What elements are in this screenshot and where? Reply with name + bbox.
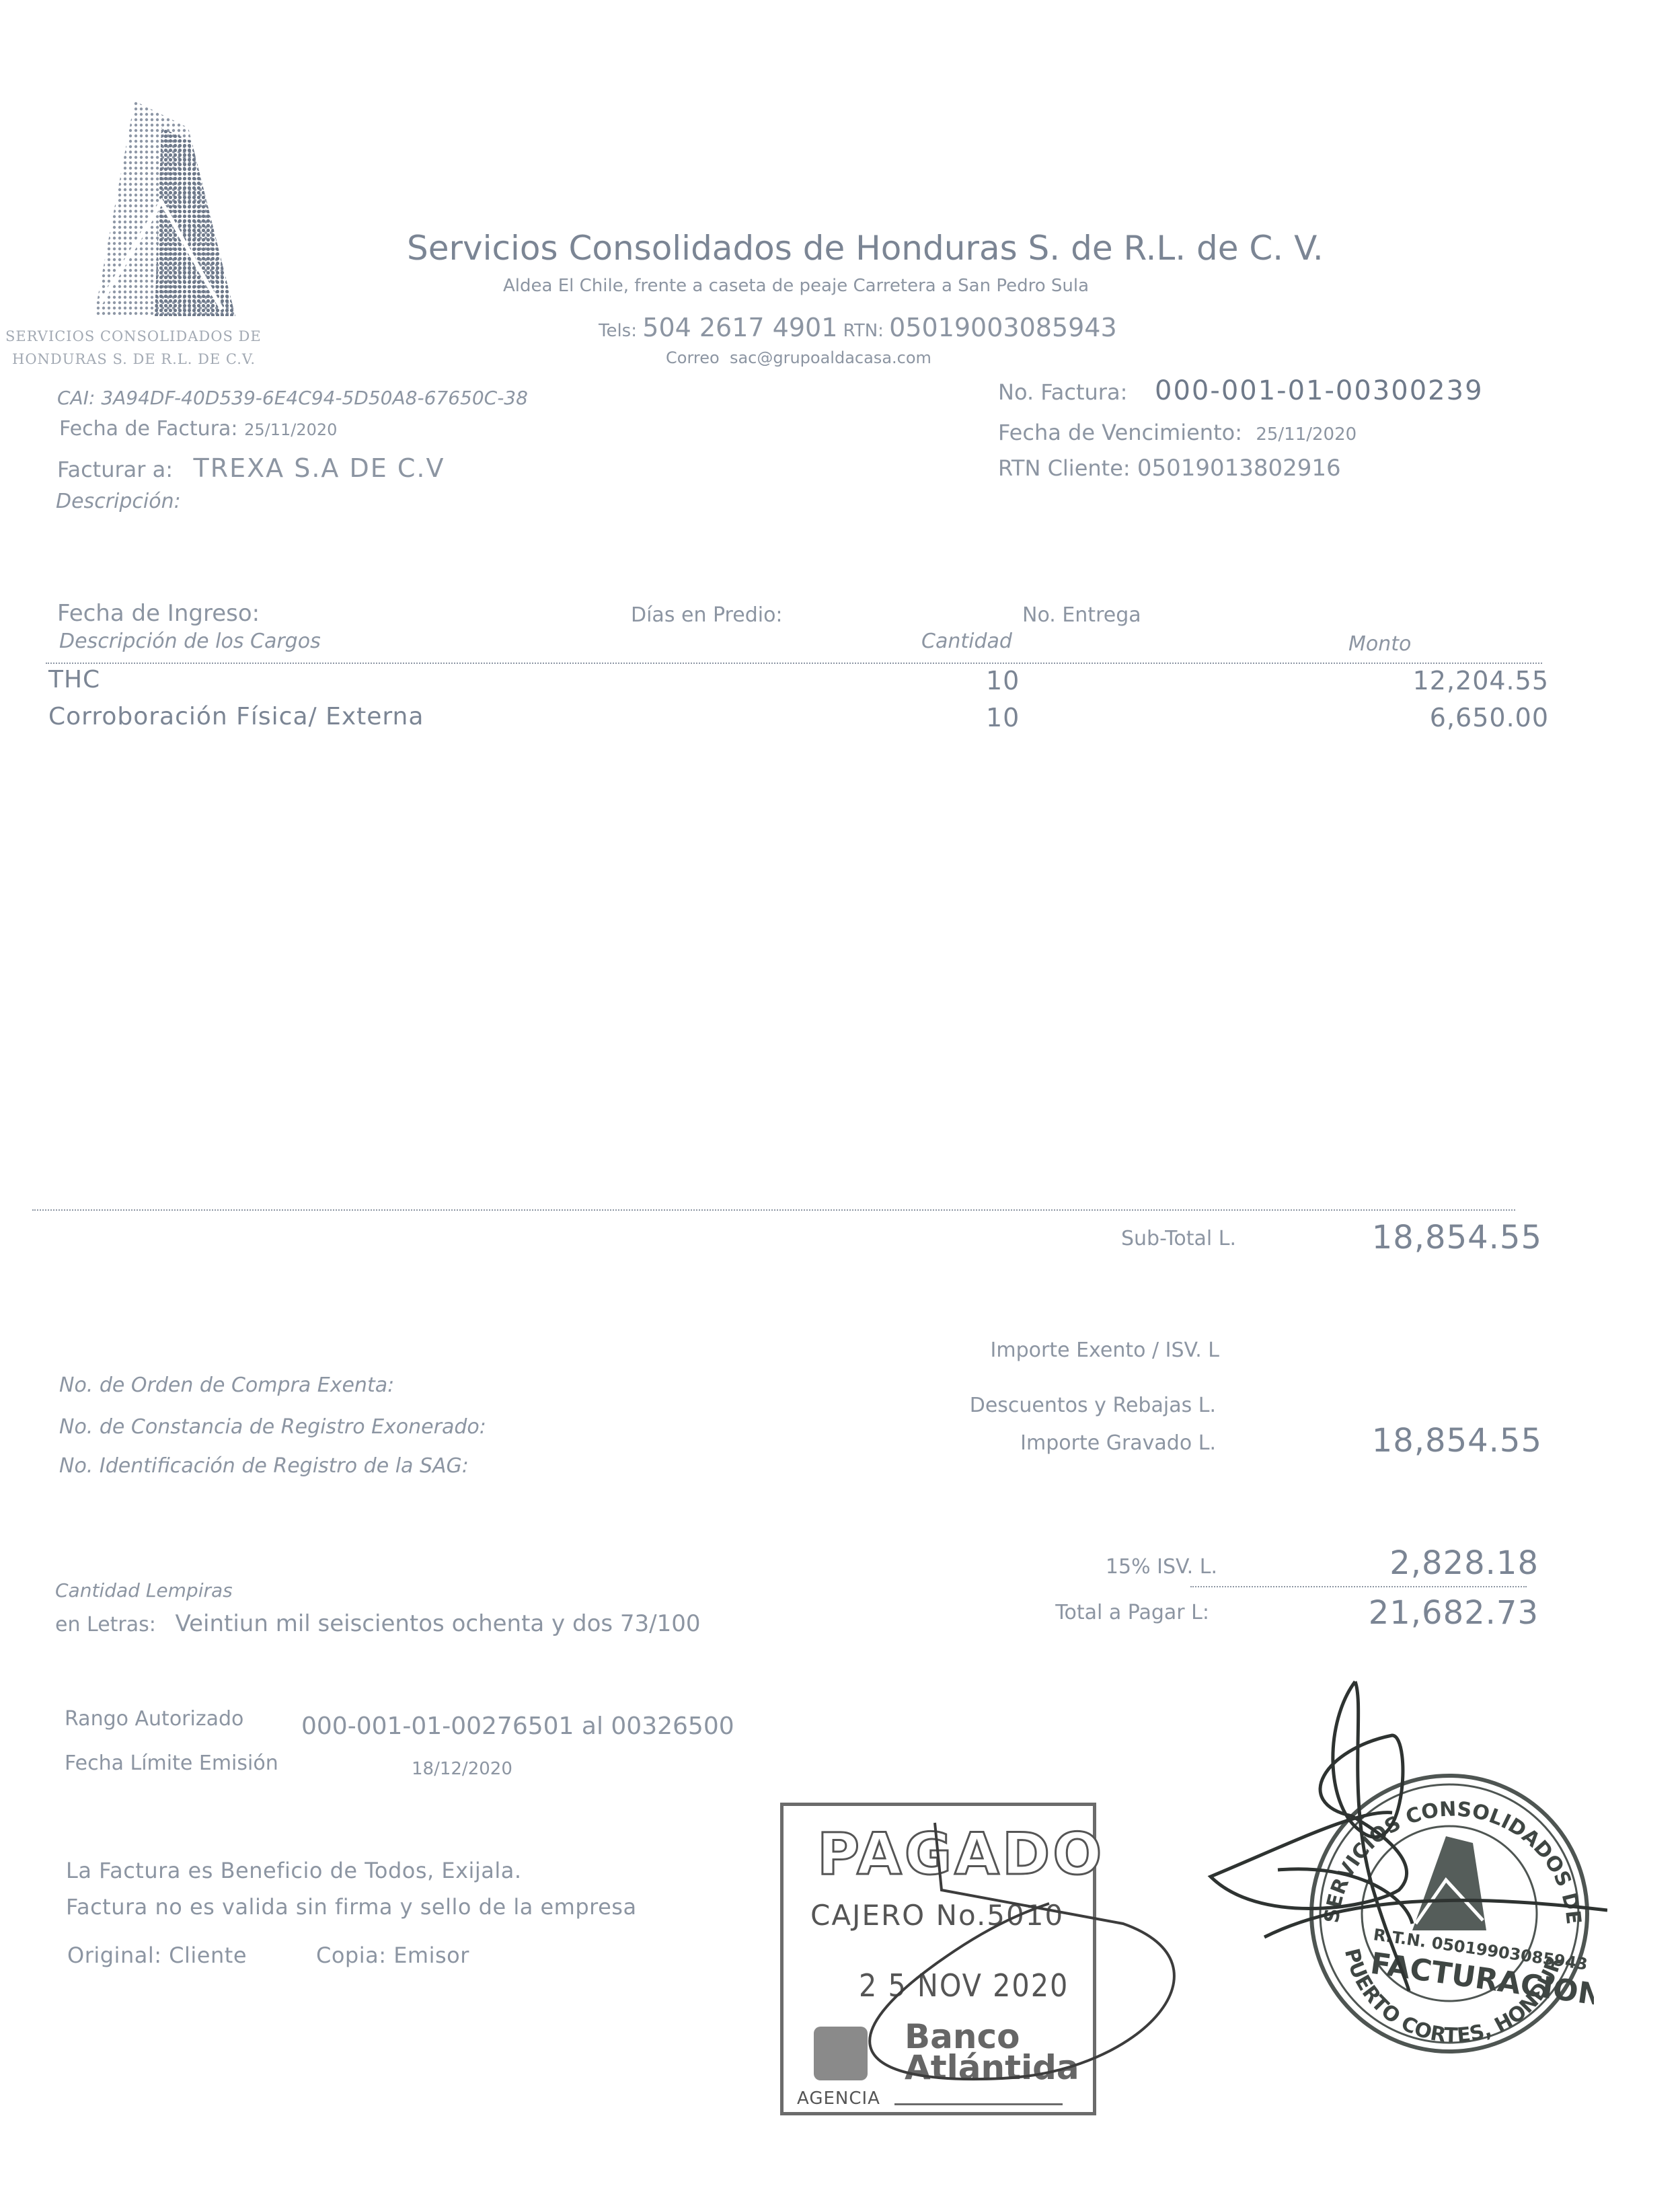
- constancia-label: No. de Constancia de Registro Exonerado:: [59, 1415, 486, 1439]
- letras-line: en Letras: Veintiun mil seiscientos oche…: [55, 1610, 701, 1637]
- fecha-limite-label: Fecha Límite Emisión: [65, 1751, 278, 1775]
- logo-caption-line2: HONDURAS S. DE R.L. DE C.V.: [12, 351, 256, 367]
- signature-icon: [1190, 1668, 1607, 2045]
- row-monto: 12,204.55: [1413, 666, 1549, 695]
- col-header-cantidad: Cantidad: [921, 630, 1012, 653]
- row-monto: 6,650.00: [1430, 703, 1549, 732]
- footer-line2: Factura no es valida sin firma y sello d…: [66, 1894, 637, 1920]
- rango-value: 000-001-01-00276501 al 00326500: [301, 1712, 734, 1740]
- total-divider: [1190, 1586, 1527, 1587]
- logo-caption-line1: SERVICIOS CONSOLIDADOS DE: [5, 328, 262, 344]
- paid-stamp-signature-icon: [807, 1789, 1184, 2099]
- rtn-cliente-value: 05019013802916: [1137, 455, 1341, 482]
- rtn-value: 05019003085943: [889, 313, 1116, 342]
- rtn-cliente-line: RTN Cliente: 05019013802916: [998, 455, 1341, 482]
- row-cantidad: 10: [986, 703, 1020, 732]
- subtotal-value: 18,854.55: [1372, 1219, 1542, 1256]
- importe-gravado-value: 18,854.55: [1372, 1422, 1542, 1460]
- facturar-a-value: TREXA S.A DE C.V: [194, 453, 445, 483]
- isv-value: 2,828.18: [1389, 1544, 1539, 1582]
- letras-label1: Cantidad Lempiras: [55, 1579, 233, 1601]
- items-footer-divider: [32, 1209, 1515, 1211]
- facturar-a-label: Facturar a:: [57, 457, 173, 482]
- no-factura-value: 000-001-01-00300239: [1155, 375, 1484, 406]
- fecha-factura-value: 25/11/2020: [244, 420, 337, 439]
- subtotal-label: Sub-Total L.: [1121, 1227, 1236, 1250]
- tel-label: Tels:: [599, 321, 637, 341]
- company-email: Correo sac@grupoaldacasa.com: [666, 348, 931, 367]
- company-contact: Tels: 504 2617 4901 RTN: 05019003085943: [599, 313, 1117, 342]
- fecha-factura-line: Fecha de Factura: 25/11/2020: [59, 417, 337, 441]
- fecha-factura-label: Fecha de Factura:: [59, 417, 238, 441]
- fecha-vencimiento-line: Fecha de Vencimiento: 25/11/2020: [998, 420, 1357, 445]
- row-descripcion: Corroboración Física/ Externa: [48, 703, 424, 730]
- rtn-cliente-label: RTN Cliente:: [998, 455, 1131, 481]
- importe-gravado-label: Importe Gravado L.: [1020, 1431, 1216, 1455]
- email-value: sac@grupoaldacasa.com: [730, 348, 931, 367]
- no-entrega-label: No. Entrega: [1022, 603, 1141, 627]
- descuentos-label: Descuentos y Rebajas L.: [970, 1394, 1216, 1417]
- col-header-monto: Monto: [1348, 632, 1411, 656]
- col-header-descripcion: Descripción de los Cargos: [59, 630, 321, 653]
- row-cantidad: 10: [986, 666, 1020, 695]
- fecha-limite-value: 18/12/2020: [412, 1759, 512, 1779]
- no-factura-label: No. Factura:: [998, 379, 1127, 405]
- footer-line1: La Factura es Beneficio de Todos, Exijal…: [66, 1858, 522, 1883]
- rango-label: Rango Autorizado: [65, 1707, 243, 1731]
- company-logo-icon: [74, 101, 242, 323]
- cai-line: CAI: 3A94DF-40D539-6E4C94-5D50A8-67650C-…: [57, 387, 528, 409]
- total-value: 21,682.73: [1369, 1594, 1539, 1632]
- footer-original: Original: Cliente: [67, 1943, 247, 1968]
- fecha-vencimiento-label: Fecha de Vencimiento:: [998, 420, 1242, 445]
- facturar-a-line: Facturar a: TREXA S.A DE C.V: [57, 453, 445, 483]
- footer-copia: Copia: Emisor: [316, 1943, 469, 1968]
- tel-value: 504 2617 4901: [642, 313, 837, 342]
- total-label: Total a Pagar L:: [1055, 1601, 1209, 1624]
- fecha-ingreso-label: Fecha de Ingreso:: [57, 600, 260, 627]
- letras-value: Veintiun mil seiscientos ochenta y dos 7…: [175, 1610, 700, 1637]
- sag-label: No. Identificación de Registro de la SAG…: [59, 1454, 469, 1478]
- table-header-divider: [46, 663, 1542, 664]
- email-label: Correo: [666, 348, 720, 367]
- dias-predio-label: Días en Predio:: [631, 603, 783, 627]
- orden-compra-label: No. de Orden de Compra Exenta:: [59, 1373, 394, 1397]
- cai-label: CAI:: [57, 387, 95, 409]
- company-name: Servicios Consolidados de Honduras S. de…: [407, 229, 1324, 268]
- isv-label: 15% ISV. L.: [1106, 1555, 1217, 1579]
- no-factura-line: No. Factura: 000-001-01-00300239: [998, 375, 1484, 406]
- importe-exento-label: Importe Exento / ISV. L: [991, 1339, 1219, 1362]
- row-descripcion: THC: [48, 666, 100, 693]
- rtn-label: RTN:: [843, 321, 884, 341]
- agencia-line: [894, 2103, 1063, 2105]
- fecha-vencimiento-value: 25/11/2020: [1256, 424, 1357, 445]
- descripcion-label: Descripción:: [56, 490, 181, 513]
- letras-label2: en Letras:: [55, 1613, 156, 1636]
- cai-value: 3A94DF-40D539-6E4C94-5D50A8-67650C-38: [101, 387, 528, 409]
- company-address: Aldea El Chile, frente a caseta de peaje…: [503, 276, 1089, 296]
